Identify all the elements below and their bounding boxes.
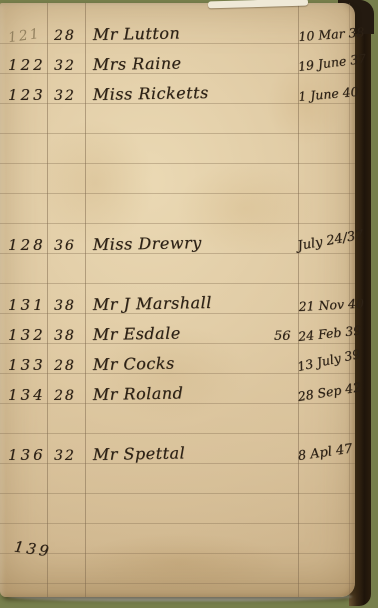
date-entry: 24 Feb 39: [297, 323, 352, 344]
ledger-row: 122 32 Mrs Raine 19 June 37: [0, 46, 355, 74]
name-entry: Mr Cocks: [93, 354, 175, 374]
second-number: 28: [54, 358, 76, 374]
second-number: 32: [54, 448, 76, 464]
entry-number: 121: [7, 26, 42, 46]
date-entry: 28 Sep 42: [297, 381, 353, 404]
second-number: 28: [54, 388, 76, 404]
second-number: 38: [54, 328, 76, 344]
ledger-page: 121 28 Mr Lutton 10 Mar 38 122 32 Mrs Ra…: [0, 3, 355, 597]
entry-number: 133: [8, 356, 46, 374]
name-entry: Mrs Raine: [93, 53, 182, 74]
name-entry: Mr J Marshall: [93, 293, 212, 314]
ledger-row: 134 28 Mr Roland 28 Sep 42: [0, 376, 355, 404]
entry-number: 136: [8, 446, 46, 464]
entry-number: 134: [8, 386, 46, 404]
ruled-line: [0, 493, 355, 494]
name-entry: Miss Ricketts: [93, 83, 209, 104]
name-entry: Mr Roland: [93, 383, 184, 404]
ledger-row: 128 36 Miss Drewry July 24/37: [0, 226, 355, 254]
ruled-line: [0, 133, 355, 134]
second-number: 36: [54, 238, 76, 254]
entry-number: 131: [8, 296, 46, 314]
entry-number: 132: [8, 326, 46, 344]
name-entry: Miss Drewry: [93, 233, 202, 254]
ledger-row: 132 38 Mr Esdale 56 24 Feb 39: [0, 316, 355, 344]
date-entry: 13 July 39: [296, 348, 352, 374]
name-entry: Mr Lutton: [93, 23, 181, 44]
ruled-line: [0, 223, 355, 224]
second-number: 28: [54, 28, 76, 44]
date-entry: 21 Nov 40: [298, 296, 353, 314]
ruled-line: [0, 283, 355, 284]
ledger-row: 136 32 Mr Spettal 8 Apl 47: [0, 436, 355, 464]
extra-number: 56: [274, 329, 291, 344]
scanned-ledger-scene: 121 28 Mr Lutton 10 Mar 38 122 32 Mrs Ra…: [0, 0, 378, 608]
entry-number: 122: [8, 56, 46, 74]
ruled-line: [0, 193, 355, 194]
ledger-row: 123 32 Miss Ricketts 1 June 40: [0, 76, 355, 104]
date-entry: 10 Mar 38: [298, 25, 353, 44]
name-entry: Mr Spettal: [93, 443, 186, 464]
name-entry: Mr Esdale: [93, 323, 181, 344]
ledger-row: 131 38 Mr J Marshall 21 Nov 40: [0, 286, 355, 314]
date-entry: July 24/37: [296, 230, 352, 254]
entry-number: 123: [8, 86, 46, 104]
ruled-line: [0, 583, 355, 584]
ledger-row: 121 28 Mr Lutton 10 Mar 38: [0, 16, 355, 44]
ruled-line: [0, 433, 355, 434]
date-entry: 19 June 37: [297, 53, 352, 74]
entry-number: 128: [8, 236, 46, 254]
second-number: 32: [54, 88, 76, 104]
ledger-row: 133 28 Mr Cocks 13 July 39: [0, 346, 355, 374]
entry-number: 139: [13, 537, 53, 560]
ledger-row: 139: [0, 526, 355, 558]
date-entry: 8 Apl 47: [297, 442, 353, 464]
second-number: 32: [54, 58, 76, 74]
date-entry: 1 June 40: [298, 84, 353, 104]
ruled-line: [0, 523, 355, 524]
ruled-line: [0, 163, 355, 164]
second-number: 38: [54, 298, 76, 314]
